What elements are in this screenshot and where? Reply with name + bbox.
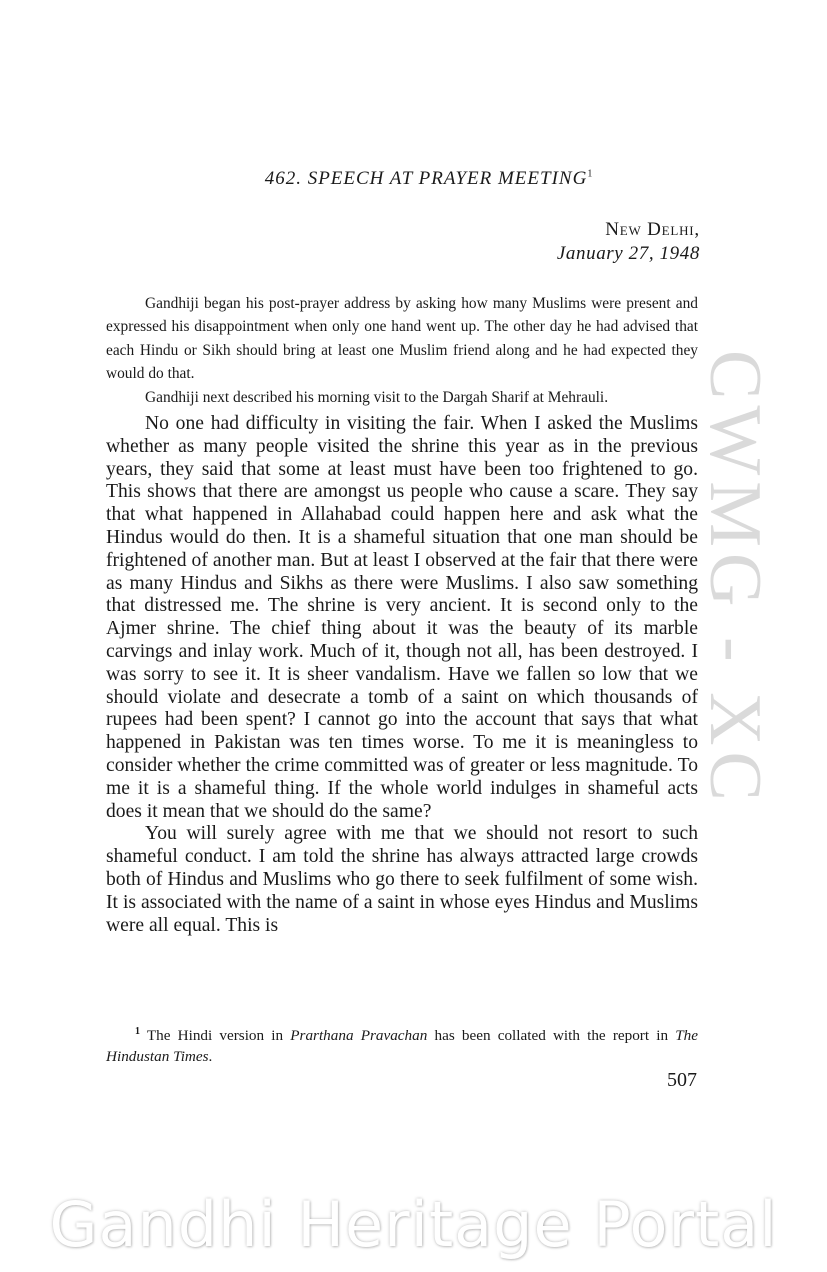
title-text: 462. SPEECH AT PRAYER MEETING — [265, 168, 588, 189]
editorial-introduction: Gandhiji began his post-prayer address b… — [106, 292, 698, 409]
speech-body: No one had difficulty in visiting the fa… — [106, 413, 698, 937]
footnote-segment: The Hindi version in — [140, 1027, 290, 1044]
footnote-segment: has been collated with the report in — [427, 1027, 675, 1044]
bottom-watermark: Gandhi Heritage Portal — [0, 1188, 827, 1261]
body-paragraph: You will surely agree with me that we sh… — [106, 823, 698, 937]
intro-paragraph: Gandhiji next described his morning visi… — [106, 386, 698, 409]
document-page: 462. SPEECH AT PRAYER MEETING1 New Delhi… — [0, 0, 827, 1272]
place-line: New Delhi, — [605, 219, 700, 241]
footnote-text: 1 The Hindi version in Prarthana Pravach… — [106, 1021, 698, 1067]
page-number: 507 — [667, 1069, 697, 1092]
intro-paragraph: Gandhiji began his post-prayer address b… — [106, 292, 698, 386]
footnote-segment: . — [209, 1048, 213, 1065]
footnote: 1 The Hindi version in Prarthana Pravach… — [106, 1021, 698, 1067]
title-footnote-ref: 1 — [587, 169, 592, 180]
footnote-source-title: Prarthana Pravachan — [290, 1027, 427, 1044]
date-line: January 27, 1948 — [557, 243, 700, 265]
speech-title: 462. SPEECH AT PRAYER MEETING1 — [0, 168, 827, 190]
vertical-watermark: CWMG - XC — [698, 350, 772, 807]
body-paragraph: No one had difficulty in visiting the fa… — [106, 413, 698, 823]
